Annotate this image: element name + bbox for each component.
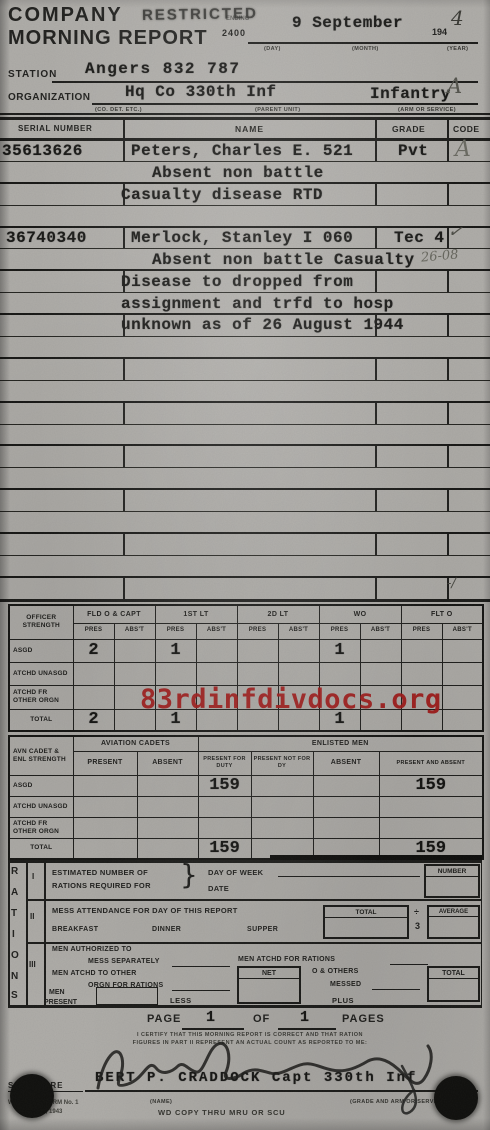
enlisted-cell: 159	[198, 775, 251, 796]
officer-group-fldo: FLD O & CAPT	[73, 605, 155, 623]
officer-cell	[442, 662, 483, 685]
officer-cell	[73, 685, 114, 709]
roster-band	[0, 359, 490, 381]
officer-cell	[278, 639, 319, 662]
arm-handwritten-letter: A	[447, 74, 462, 98]
entry1-name: Peters, Charles E. 521	[131, 142, 353, 160]
enlisted-cell	[137, 838, 198, 859]
page-number-value: 1	[206, 1009, 216, 1026]
enlisted-cell	[251, 817, 313, 838]
enlisted-row-label: ATCHD UNASGD	[9, 796, 73, 817]
officer-cell	[114, 639, 155, 662]
officer-row-label: ASGD	[9, 639, 73, 662]
roster-band	[0, 206, 490, 228]
rations-net-box: NET	[237, 966, 301, 1004]
entry2-grade: Tec 4	[394, 229, 445, 247]
rations-letter: R	[11, 866, 18, 877]
rations-letter: O	[11, 950, 19, 961]
roster-col-grade: GRADE	[392, 124, 425, 134]
officer-cell	[278, 662, 319, 685]
roster-col-code: CODE	[453, 124, 480, 134]
roster-band	[0, 381, 490, 403]
ending-time: 2400	[222, 28, 246, 38]
roster-band	[0, 446, 490, 468]
enlisted-col-absent: ABSENT	[137, 751, 198, 775]
officer-cell	[360, 662, 401, 685]
officer-cell	[401, 639, 442, 662]
entry2-serial: 36740340	[6, 229, 87, 247]
rations-numeral-1: I	[32, 872, 34, 881]
rations-authorized-label: MEN AUTHORIZED TO	[52, 946, 132, 953]
watermark: 83rdinfdivdocs.org	[140, 684, 442, 715]
officer-cell	[319, 662, 360, 685]
officer-sub-pres: PRES	[237, 623, 278, 639]
rations-plus-label: PLUS	[332, 996, 354, 1005]
certify-line1: I CERTIFY THAT THIS MORNING REPORT IS CO…	[95, 1032, 405, 1038]
officer-sub-abst: ABS'T	[360, 623, 401, 639]
entry1-grade: Pvt	[398, 142, 428, 160]
enlisted-row-label: ATCHD FR OTHER ORGN	[9, 817, 73, 838]
copy-routing-note: WD COPY THRU MRU OR SCU	[158, 1108, 285, 1117]
station-value: Angers 832 787	[85, 60, 240, 78]
rations-total2-box: TOTAL	[427, 966, 480, 1002]
roster-col-name: NAME	[235, 124, 264, 134]
rations-men-present-box	[96, 987, 158, 1005]
caption-day: (DAY)	[264, 46, 281, 52]
signature-typed-name: BERT P. CRADDOCK Capt 330th Inf	[95, 1070, 417, 1086]
enlisted-cell: 159	[379, 775, 483, 796]
rations-total-box: TOTAL	[323, 905, 409, 939]
officer-row-label: ATCHD UNASGD	[9, 662, 73, 685]
page-label: PAGE	[147, 1013, 181, 1025]
rations-messed-label: MESSED	[330, 981, 361, 988]
officer-cell	[196, 639, 237, 662]
officer-sub-abst: ABS'T	[442, 623, 483, 639]
enlisted-cell	[73, 796, 137, 817]
officer-cell	[196, 662, 237, 685]
roster-band	[0, 556, 490, 578]
of-label: OF	[253, 1013, 270, 1025]
entry2-remark-line4: assignment and trfd to hosp	[121, 295, 394, 313]
entry2-grade-mark: ✓	[447, 221, 464, 243]
enlisted-cell	[73, 775, 137, 796]
roster-grid	[0, 140, 490, 600]
officer-group-wo: WO	[319, 605, 401, 623]
enlisted-group-enlisted: ENLISTED MEN	[198, 736, 483, 751]
enlisted-col-present-duty: PRESENT FOR DUTY	[198, 751, 251, 775]
officer-row-label: TOTAL	[9, 709, 73, 731]
enlisted-cell	[379, 817, 483, 838]
officer-cell: 1	[155, 639, 196, 662]
entry1-remark-line2: Absent non battle	[152, 164, 324, 182]
roster-band	[0, 425, 490, 447]
officer-cell: 2	[73, 639, 114, 662]
rations-average-label: AVERAGE	[429, 907, 478, 917]
pages-label: PAGES	[342, 1013, 385, 1025]
certify-line2: FIGURES IN PART II REPRESENT AN ACTUAL C…	[95, 1040, 405, 1046]
morning-report-scan: COMPANY MORNING REPORT RESTRICTED ENDING…	[0, 0, 490, 1130]
year-printed: 194	[432, 27, 447, 37]
enlisted-cell	[251, 775, 313, 796]
rations-divide-sign: ÷	[414, 907, 419, 917]
roster-col-serial: SERIAL NUMBER	[18, 124, 92, 133]
enlisted-cell	[137, 817, 198, 838]
enlisted-col-present-absent: PRESENT AND ABSENT	[379, 751, 483, 775]
ending-label: ENDING	[226, 16, 249, 22]
entry1-serial: 35613626	[2, 142, 83, 160]
organization-value: Hq Co 330th Inf	[125, 83, 277, 101]
arm-of-service-value: Infantry	[370, 85, 451, 103]
roster-band	[0, 512, 490, 534]
rations-estimated-label1: ESTIMATED NUMBER OF	[52, 868, 148, 877]
enlisted-cell	[198, 817, 251, 838]
rations-number-box: NUMBER	[424, 864, 480, 898]
caption-year: (YEAR)	[447, 46, 468, 52]
enlisted-cell	[251, 796, 313, 817]
enlisted-cell	[379, 796, 483, 817]
entry2-remark-line3: Disease to dropped from	[121, 273, 353, 291]
officer-sub-abst: ABS'T	[196, 623, 237, 639]
entry2-name: Merlock, Stanley I 060	[131, 229, 353, 247]
rations-letter: T	[11, 908, 17, 919]
enlisted-row-label: TOTAL	[9, 838, 73, 859]
enlisted-cell	[313, 796, 379, 817]
rations-letter: N	[11, 971, 18, 982]
rations-breakfast-label: BREAKFAST	[52, 926, 98, 933]
punch-hole-left	[10, 1074, 54, 1118]
officer-cell: 1	[319, 639, 360, 662]
rations-letter: I	[12, 929, 15, 940]
officer-cell	[442, 709, 483, 731]
officer-sub-abst: ABS'T	[114, 623, 155, 639]
rations-date-label: DATE	[208, 884, 229, 893]
officer-corner-label: OFFICER STRENGTH	[9, 605, 73, 639]
officer-sub-abst: ABS'T	[278, 623, 319, 639]
pages-number-value: 1	[300, 1009, 310, 1026]
rations-net-label: NET	[239, 968, 299, 979]
rations-mess-attendance-label: MESS ATTENDANCE FOR DAY OF THIS REPORT	[52, 906, 238, 915]
rations-day-of-week-label: DAY OF WEEK	[208, 868, 263, 877]
officer-cell	[442, 639, 483, 662]
enlisted-col-present-not-duty: PRESENT NOT FOR DY	[251, 751, 313, 775]
rations-number-label: NUMBER	[426, 866, 478, 877]
enlisted-col-absent2: ABSENT	[313, 751, 379, 775]
rations-o-others-label: O & OTHERS	[312, 968, 359, 975]
roster-band	[0, 337, 490, 359]
caption-name: (NAME)	[150, 1099, 172, 1105]
officer-cell	[237, 639, 278, 662]
enlisted-cell	[198, 796, 251, 817]
officer-cell	[442, 685, 483, 709]
rations-present-label: PRESENT	[44, 999, 77, 1006]
enlisted-cell	[73, 838, 137, 859]
rations-mess-separately-label: MESS SEPARATELY	[88, 958, 160, 965]
officer-sub-pres: PRES	[319, 623, 360, 639]
officer-cell: 2	[73, 709, 114, 731]
rations-supper-label: SUPPER	[247, 926, 278, 933]
enlisted-group-cadets: AVIATION CADETS	[73, 736, 198, 751]
entry2-remark-line5: unknown as of 26 August 1944	[121, 316, 404, 334]
officer-cell	[114, 662, 155, 685]
caption-grade-service: (GRADE AND ARM OR SERVICE)	[350, 1099, 446, 1105]
entry1-code-handwritten: A	[455, 137, 471, 162]
report-date-value: 9 September	[292, 14, 403, 32]
enlisted-strength-table: AVN CADET & ENL STRENGTH AVIATION CADETS…	[8, 735, 484, 860]
rations-men-label: MEN	[49, 989, 65, 996]
caption-month: (MONTH)	[352, 46, 379, 52]
enlisted-cell	[73, 817, 137, 838]
rations-atchd-other-label: MEN ATCHD TO OTHER	[52, 970, 137, 977]
punch-hole-right	[434, 1076, 478, 1120]
officer-sub-pres: PRES	[155, 623, 196, 639]
roster-band	[0, 578, 490, 600]
officer-sub-pres: PRES	[401, 623, 442, 639]
officer-group-2dlt: 2D LT	[237, 605, 319, 623]
form-title-morning-report: MORNING REPORT	[8, 27, 208, 50]
organization-label: ORGANIZATION	[8, 92, 90, 103]
enlisted-cell	[313, 817, 379, 838]
form-title-company: COMPANY	[8, 4, 123, 27]
officer-cell	[73, 662, 114, 685]
enlisted-cell	[137, 775, 198, 796]
enlisted-corner-label: AVN CADET & ENL STRENGTH	[9, 736, 73, 775]
officer-cell	[401, 662, 442, 685]
roster-band	[0, 403, 490, 425]
rations-atchd-for-rations-label: MEN ATCHD FOR RATIONS	[238, 956, 335, 963]
roster-end-mark: -/	[447, 576, 456, 591]
enlisted-cell	[313, 775, 379, 796]
officer-row-label: ATCHD FR OTHER ORGN	[9, 685, 73, 709]
officer-group-1stlt: 1ST LT	[155, 605, 237, 623]
station-label: STATION	[8, 69, 57, 80]
year-handwritten: 4	[451, 6, 464, 30]
officer-cell	[155, 662, 196, 685]
roster-band	[0, 490, 490, 512]
rations-numeral-2: II	[30, 912, 34, 921]
enlisted-cell: 159	[198, 838, 251, 859]
rations-total2-label: TOTAL	[429, 968, 478, 979]
rations-brace: }	[180, 858, 198, 891]
entry1-remark-line3: Casualty disease RTD	[121, 186, 323, 204]
officer-group-flto: FLT O	[401, 605, 483, 623]
rations-letter: S	[11, 990, 18, 1001]
rations-average-box: AVERAGE	[427, 905, 480, 939]
rations-total-label: TOTAL	[325, 907, 407, 918]
officer-cell	[360, 639, 401, 662]
officer-sub-pres: PRES	[73, 623, 114, 639]
rations-less-label: LESS	[170, 996, 192, 1005]
enlisted-cell	[137, 796, 198, 817]
enlisted-row-label: ASGD	[9, 775, 73, 796]
rations-divisor: 3	[415, 921, 420, 931]
roster-band	[0, 534, 490, 556]
rations-dinner-label: DINNER	[152, 926, 181, 933]
rations-estimated-label2: RATIONS REQUIRED FOR	[52, 881, 151, 890]
rations-letter: A	[11, 887, 18, 898]
officer-cell	[237, 662, 278, 685]
entry2-remark-line2: Absent non battle Casualty	[152, 251, 415, 269]
roster-band	[0, 468, 490, 490]
rations-numeral-3: III	[29, 960, 36, 969]
enlisted-col-present: PRESENT	[73, 751, 137, 775]
